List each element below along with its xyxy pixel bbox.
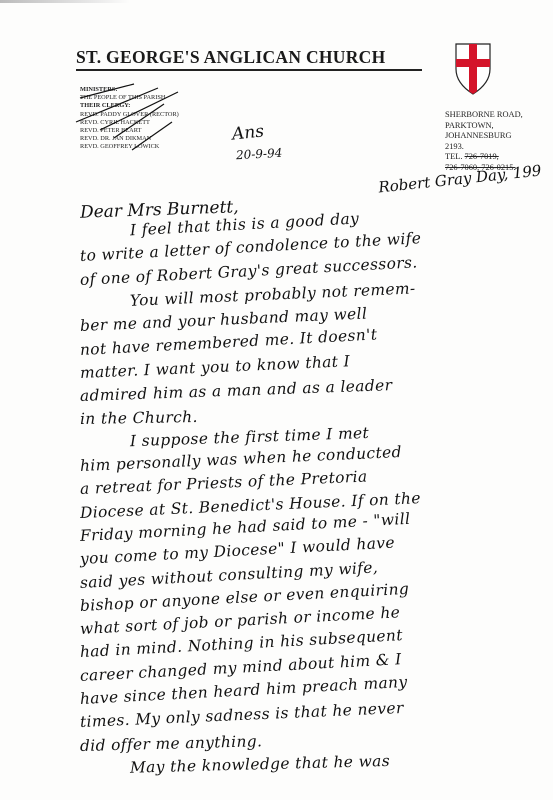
- letterhead-title: ST. GEORGE'S ANGLICAN CHURCH: [76, 47, 386, 68]
- address-line: JOHANNESBURG: [445, 131, 523, 142]
- church-shield-logo-icon: [455, 43, 491, 95]
- letterhead-divider: [76, 69, 422, 71]
- telephone-line: TEL. 726-7019,: [445, 152, 523, 163]
- letter-line: admired him as a man and as a leader: [80, 376, 393, 405]
- clergy-item: Revd. Cyril Hackett: [80, 119, 179, 127]
- clergy-item: Revd. Paddy Glover (Rector): [80, 111, 179, 119]
- scan-edge-artifact: [0, 0, 130, 3]
- ministers-heading: Ministers:: [80, 86, 179, 94]
- address-line: 2193.: [445, 142, 523, 153]
- ministers-block: Ministers: The People of this Parish The…: [80, 86, 179, 152]
- clergy-item: Revd. Geoffrey Lowick: [80, 143, 179, 151]
- address-line: SHERBORNE ROAD,: [445, 110, 523, 121]
- clergy-item: Revd. Dr. Jan Dikman: [80, 135, 179, 143]
- address-line: PARKTOWN,: [445, 121, 523, 132]
- answered-date-annotation: 20-9-94: [236, 146, 283, 162]
- answered-annotation: Ans: [231, 121, 265, 144]
- letter-line: in the Church.: [80, 408, 198, 428]
- letter-line: May the knowledge that he was: [80, 752, 391, 778]
- clergy-heading: Their Clergy:: [80, 102, 179, 110]
- tel-label: TEL.: [445, 152, 462, 161]
- tel-number-struck: 726-7019,: [465, 152, 499, 161]
- clergy-item: Revd. Peter Beart: [80, 127, 179, 135]
- ministers-line: The People of this Parish: [80, 94, 179, 102]
- letter-line: did offer me anything.: [80, 732, 263, 755]
